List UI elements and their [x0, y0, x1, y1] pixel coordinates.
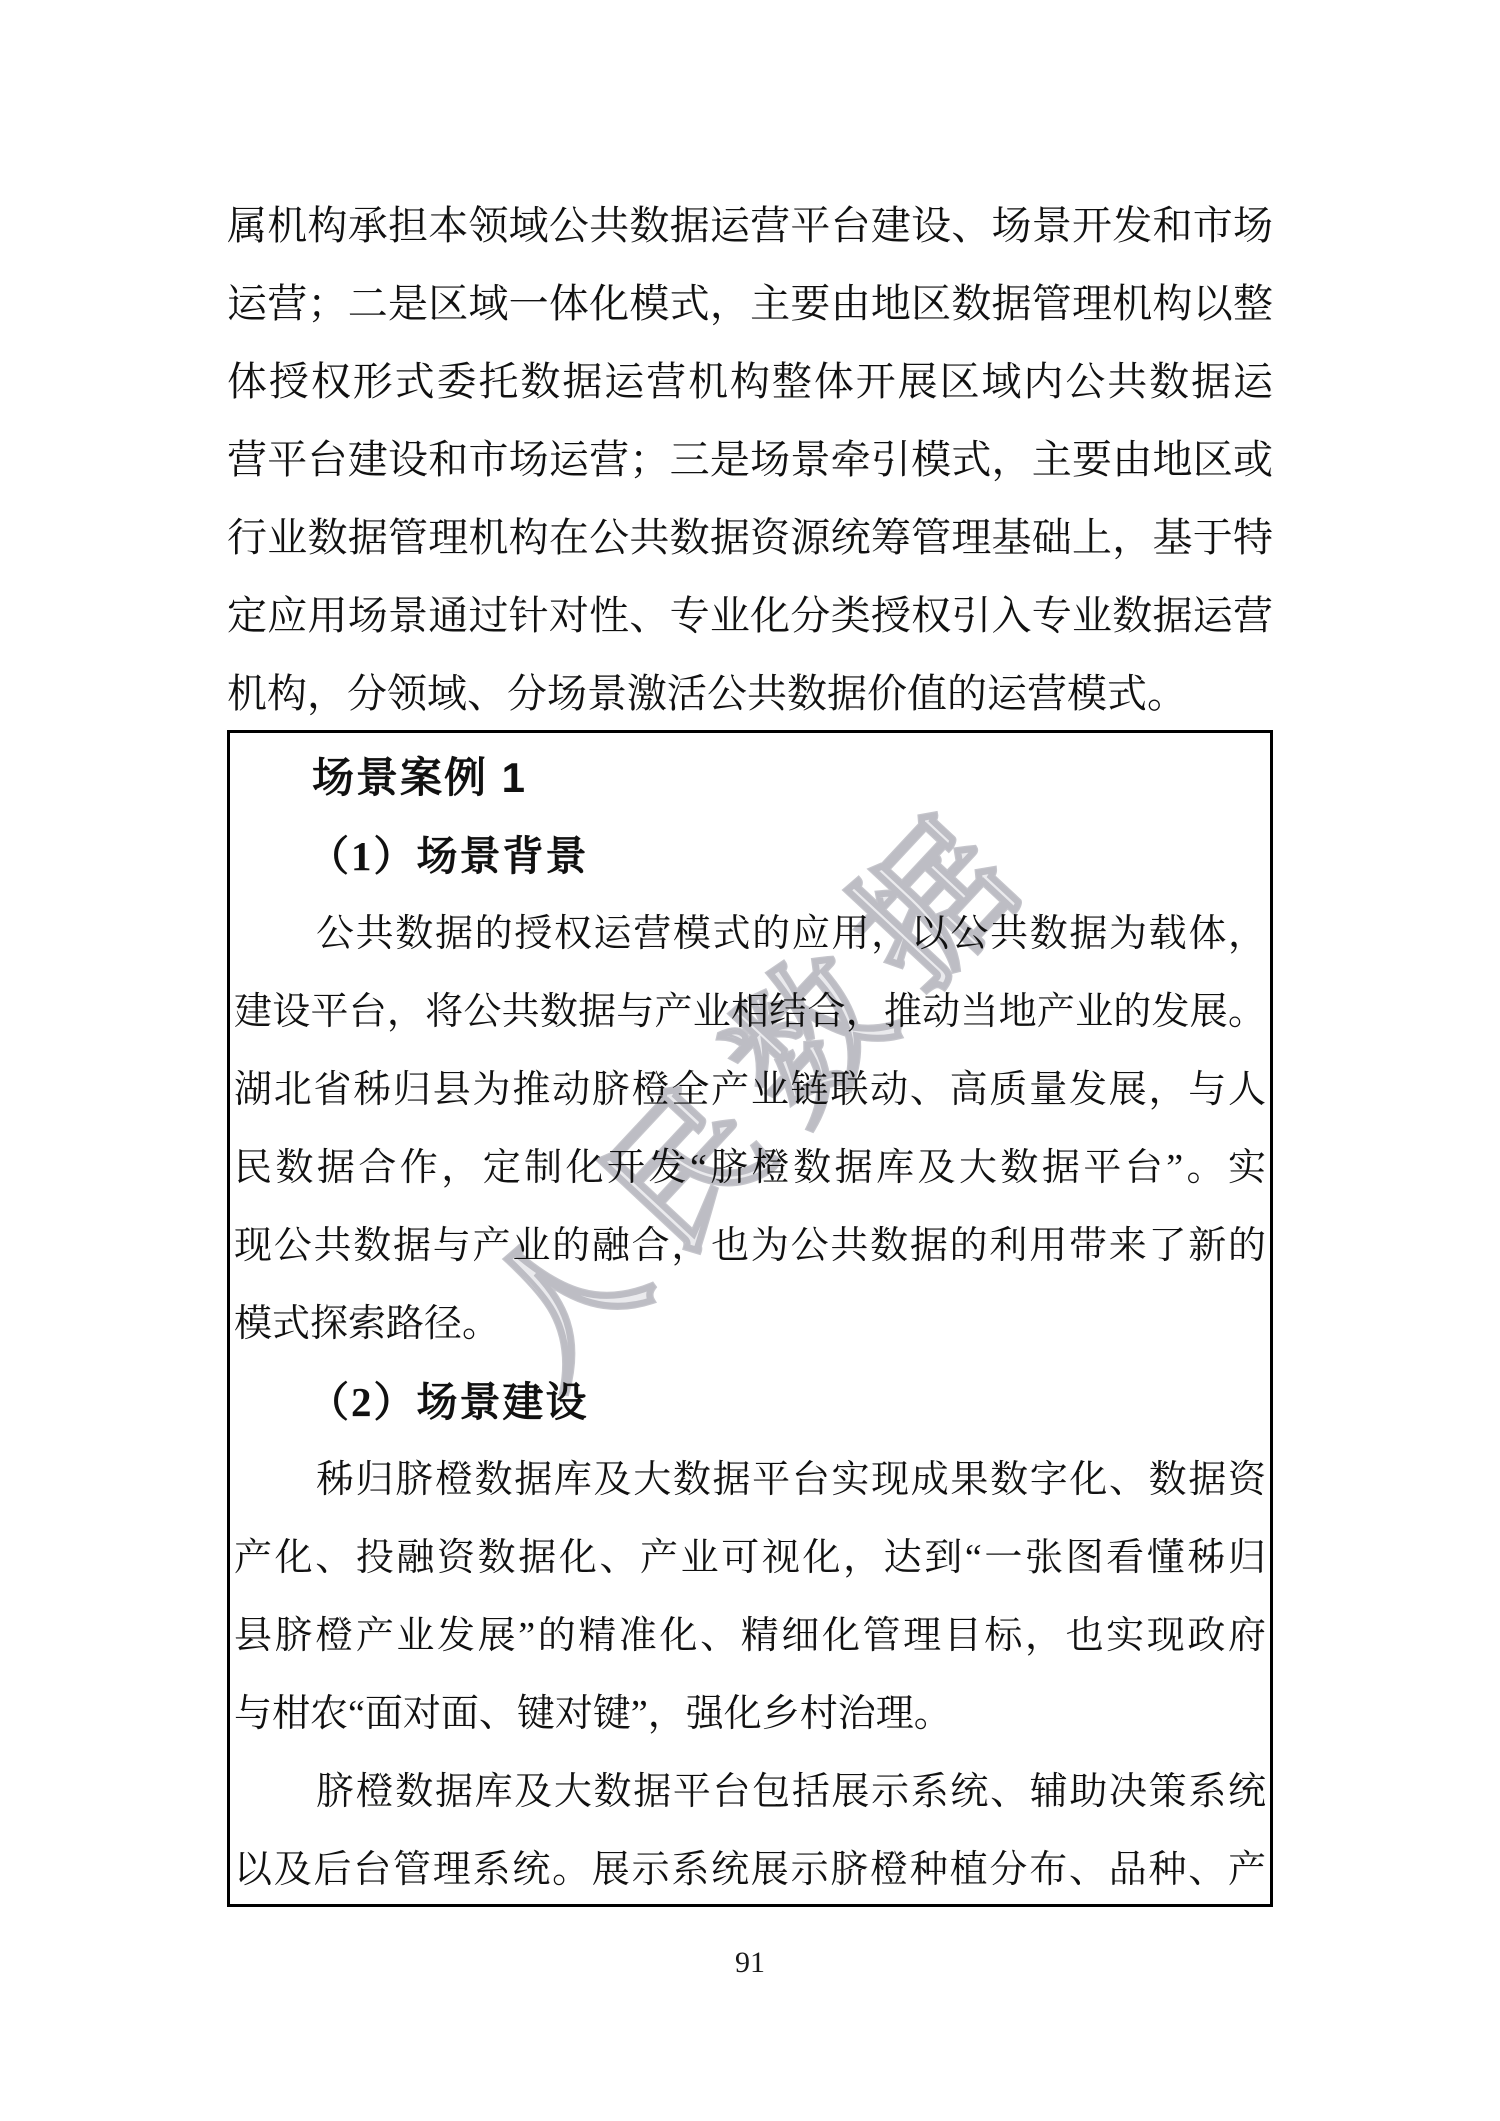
case-line: 建设平台，将公共数据与产业相结合，推动当地产业的发展。 — [234, 973, 1266, 1051]
intro-line: 属机构承担本领域公共数据运营平台建设、场景开发和市场 — [227, 187, 1273, 265]
case-line: 以及后台管理系统。展示系统展示脐橙种植分布、品种、产 — [234, 1831, 1266, 1907]
intro-line: 定应用场景通过针对性、专业化分类授权引入专业数据运营 — [227, 577, 1273, 655]
case-line: 公共数据的授权运营模式的应用，以公共数据为载体， — [234, 895, 1266, 973]
page-number: 91 — [0, 1946, 1500, 1980]
case-line: 脐橙数据库及大数据平台包括展示系统、辅助决策系统 — [234, 1753, 1266, 1831]
intro-line: 体授权形式委托数据运营机构整体开展区域内公共数据运 — [227, 343, 1273, 421]
case-line: 湖北省秭归县为推动脐橙全产业链联动、高质量发展，与人 — [234, 1051, 1266, 1129]
case-line: 模式探索路径。 — [234, 1285, 1266, 1363]
section-heading-construction: （2）场景建设 — [234, 1363, 1266, 1441]
case-line: 产化、投融资数据化、产业可视化，达到“一张图看懂秭归 — [234, 1519, 1266, 1597]
intro-line: 运营；二是区域一体化模式，主要由地区数据管理机构以整 — [227, 265, 1273, 343]
case-line: 秭归脐橙数据库及大数据平台实现成果数字化、数据资 — [234, 1441, 1266, 1519]
intro-line: 行业数据管理机构在公共数据资源统筹管理基础上，基于特 — [227, 499, 1273, 577]
case-line: 民数据合作，定制化开发“脐橙数据库及大数据平台”。实 — [234, 1129, 1266, 1207]
case-line: 县脐橙产业发展”的精准化、精细化管理目标，也实现政府 — [234, 1597, 1266, 1675]
case-line: 与柑农“面对面、键对键”，强化乡村治理。 — [234, 1675, 1266, 1753]
document-page: 人民数据 属机构承担本领域公共数据运营平台建设、场景开发和市场 运营；二是区域一… — [0, 0, 1500, 2121]
case-box: 场景案例 1 （1）场景背景 公共数据的授权运营模式的应用，以公共数据为载体， … — [227, 730, 1273, 1907]
intro-line: 机构，分领域、分场景激活公共数据价值的运营模式。 — [227, 655, 1273, 733]
intro-line: 营平台建设和市场运营；三是场景牵引模式，主要由地区或 — [227, 421, 1273, 499]
intro-paragraph: 属机构承担本领域公共数据运营平台建设、场景开发和市场 运营；二是区域一体化模式，… — [227, 187, 1273, 733]
section-heading-background: （1）场景背景 — [234, 817, 1266, 895]
case-title: 场景案例 1 — [234, 739, 1266, 817]
case-line: 现公共数据与产业的融合，也为公共数据的利用带来了新的 — [234, 1207, 1266, 1285]
